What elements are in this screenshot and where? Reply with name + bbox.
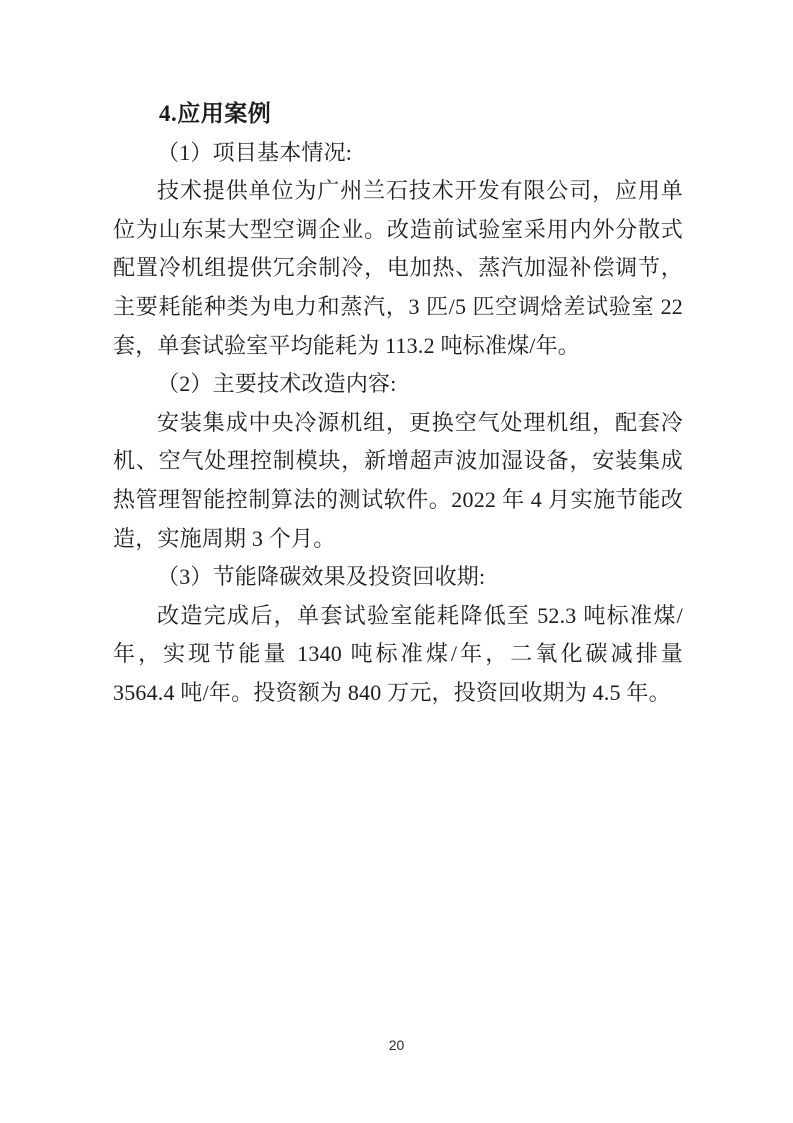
paragraph-item-2-label: （2）主要技术改造内容: [113,365,683,404]
document-body: 4.应用案例 （1）项目基本情况: 技术提供单位为广州兰石技术开发有限公司，应用… [113,95,683,713]
paragraph-item-3-label: （3）节能降碳效果及投资回收期: [113,558,683,597]
paragraph-project-overview: 技术提供单位为广州兰石技术开发有限公司，应用单位为山东某大型空调企业。改造前试验… [113,172,683,365]
paragraph-item-1-label: （1）项目基本情况: [113,134,683,173]
page-number: 20 [389,1037,405,1053]
page-footer: 20 [0,1037,793,1055]
section-heading: 4.应用案例 [113,95,683,134]
paragraph-technical-retrofit: 安装集成中央冷源机组，更换空气处理机组，配套冷机、空气处理控制模块，新增超声波加… [113,404,683,558]
document-page: 4.应用案例 （1）项目基本情况: 技术提供单位为广州兰石技术开发有限公司，应用… [0,0,793,1123]
paragraph-savings-results: 改造完成后，单套试验室能耗降低至 52.3 吨标准煤/年，实现节能量 1340 … [113,597,683,713]
